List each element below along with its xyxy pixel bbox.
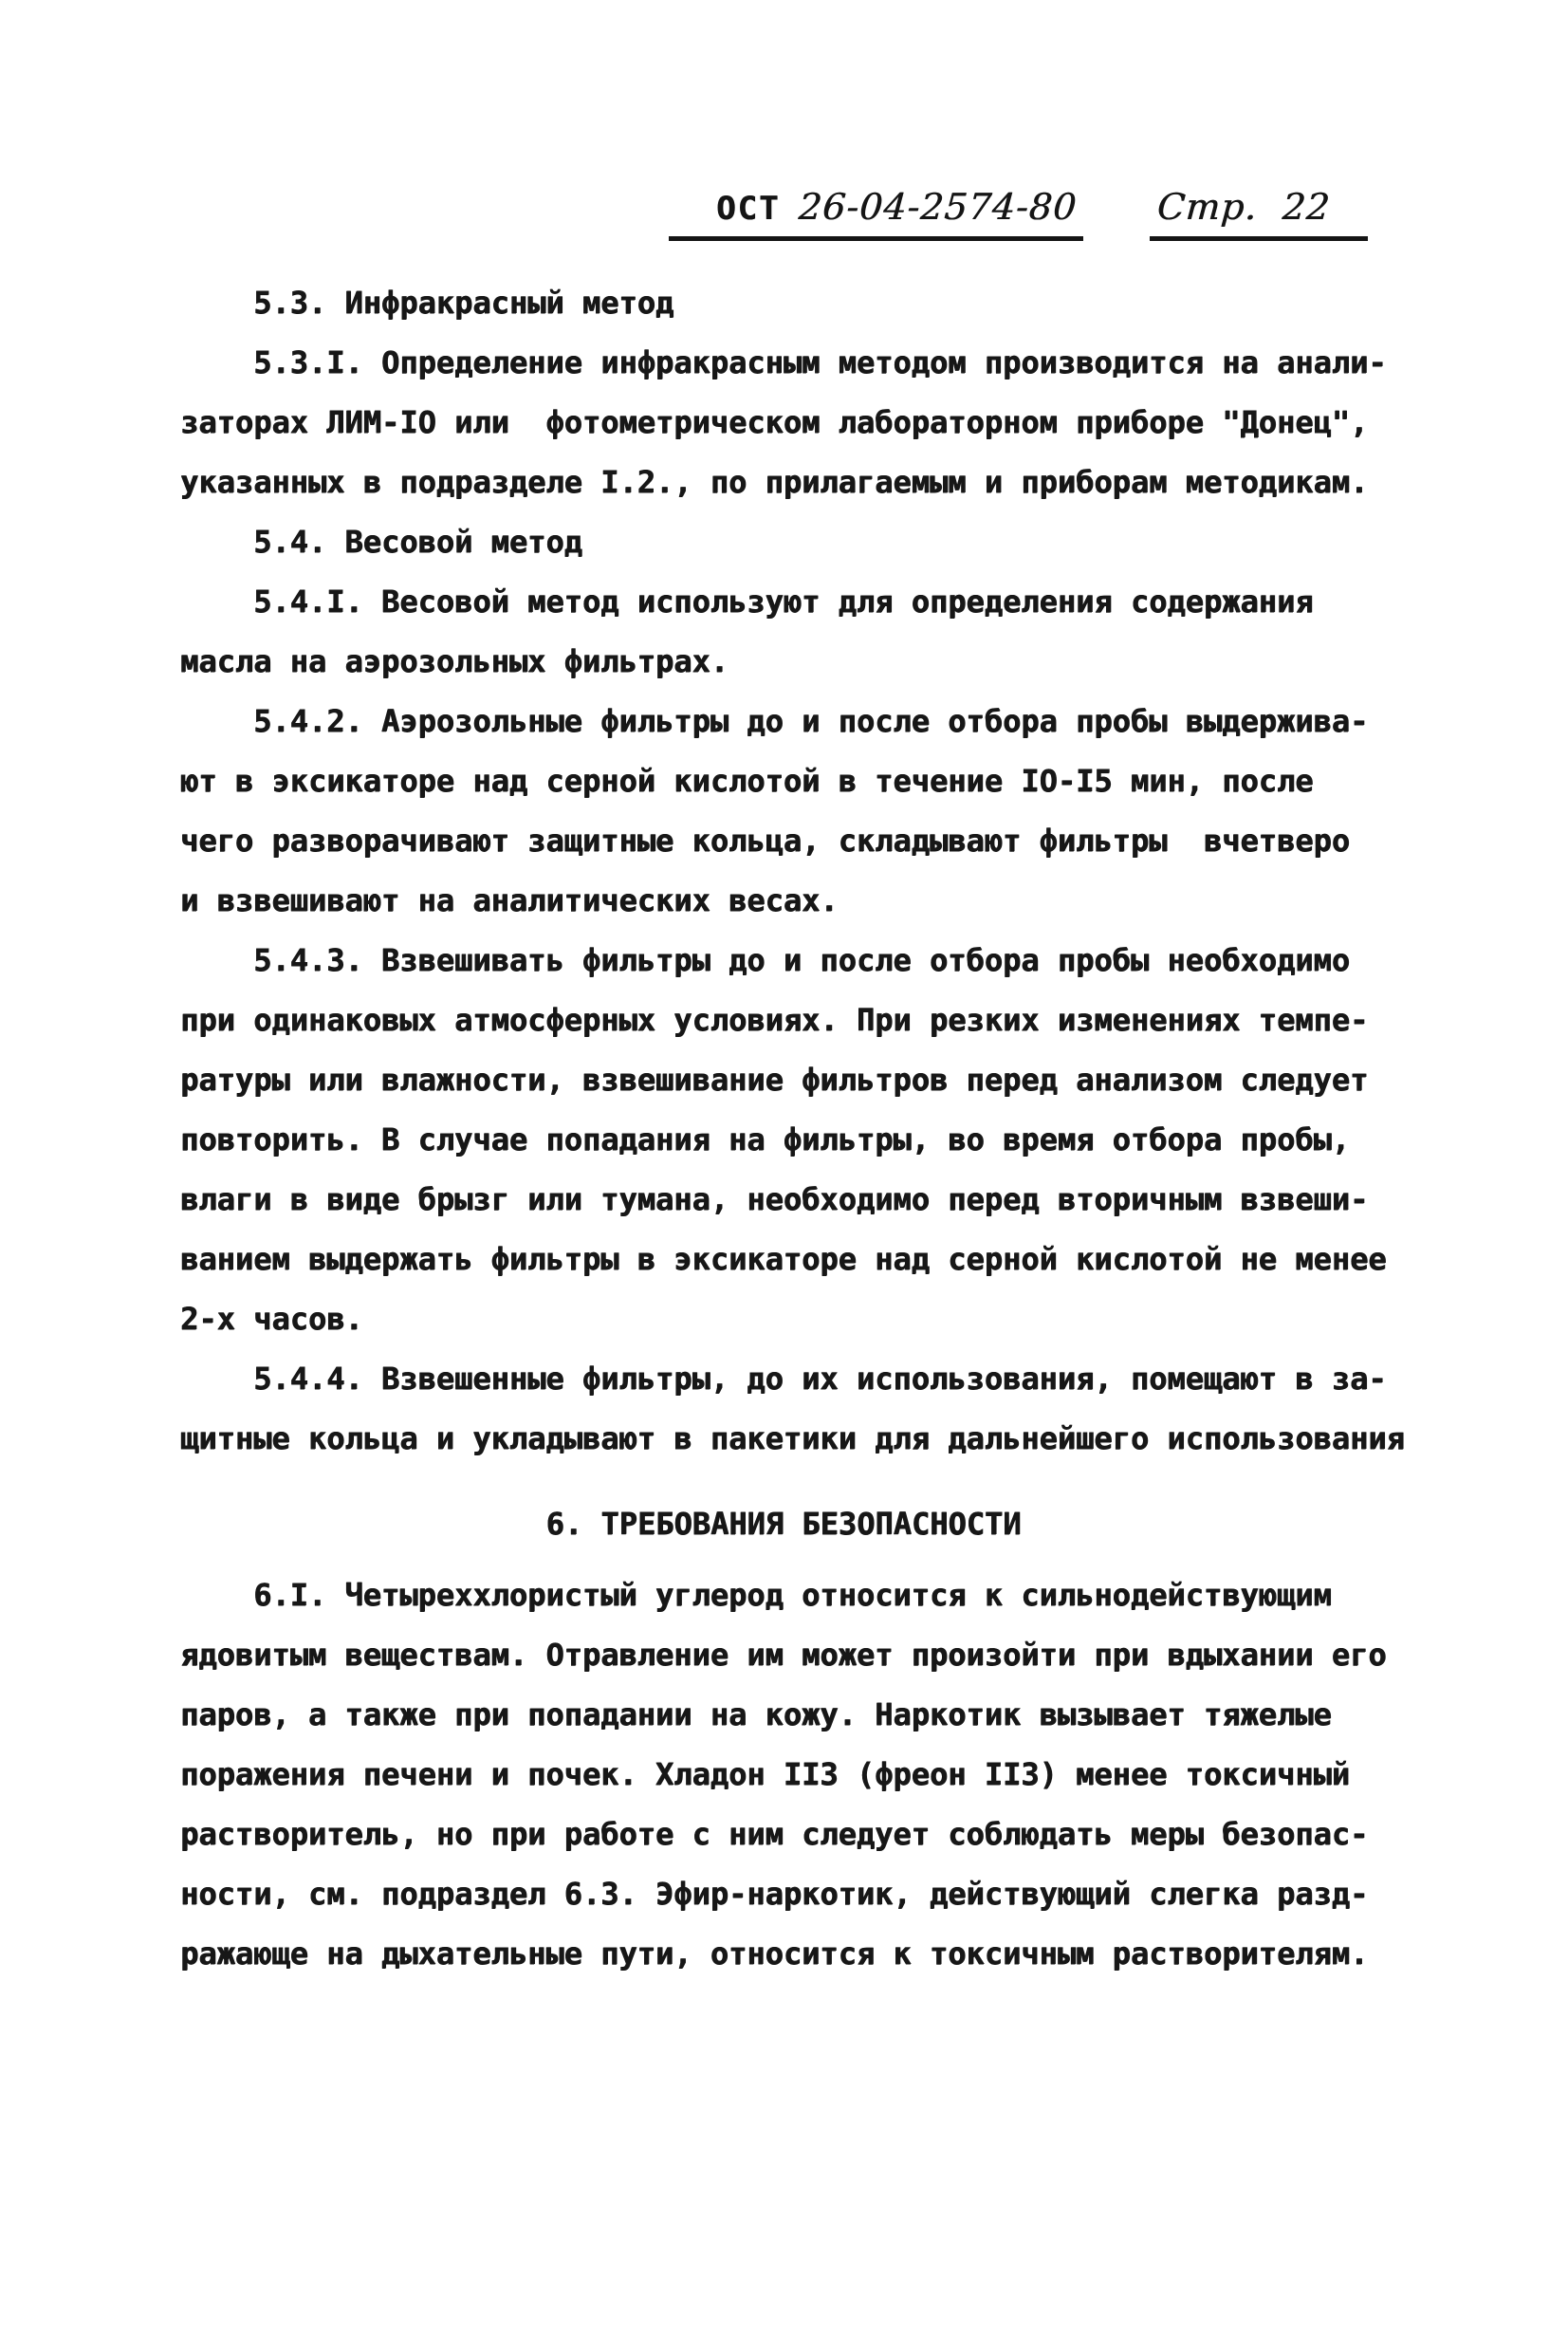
text-line: чего разворачивают защитные кольца, скла… [180, 811, 1387, 871]
text-line: 5.4.4. Взвешенные фильтры, до их использ… [180, 1349, 1387, 1409]
page-reference: Стр. 22 [1150, 186, 1368, 241]
text-line: заторах ЛИМ-IO или фотометрическом лабор… [180, 393, 1387, 453]
text-line: ности, см. подраздел 6.3. Эфир-наркотик,… [180, 1864, 1387, 1924]
text-line: 5.4.2. Аэрозольные фильтры до и после от… [180, 692, 1387, 751]
text-line: 5.4.I. Весовой метод используют для опре… [180, 572, 1387, 632]
text-line: ют в эксикаторе над серной кислотой в те… [180, 751, 1387, 811]
page-number-handwritten: 22 [1281, 186, 1331, 228]
text-line: ратуры или влажности, взвешивание фильтр… [180, 1050, 1387, 1110]
text-line: паров, а также при попадании на кожу. На… [180, 1685, 1387, 1745]
section-heading: 6. ТРЕБОВАНИЯ БЕЗОПАСНОСТИ [180, 1494, 1387, 1554]
text-line: ядовитым веществам. Отравление им может … [180, 1625, 1387, 1685]
text-line: растворитель, но при работе с ним следуе… [180, 1805, 1387, 1864]
text-line: 5.3.I. Определение инфракрасным методом … [180, 333, 1387, 393]
text-line: 5.4.3. Взвешивать фильтры до и после отб… [180, 931, 1387, 991]
text-line: при одинаковых атмосферных условиях. При… [180, 991, 1387, 1050]
text-line: влаги в виде брызг или тумана, необходим… [180, 1170, 1387, 1230]
standard-label: ОСТ [716, 190, 780, 228]
standard-number-handwritten: 26-04-2574-80 [798, 186, 1079, 228]
text-line: и взвешивают на аналитических весах. [180, 871, 1387, 931]
text-line: 5.4. Весовой метод [180, 512, 1387, 572]
text-line: ражающе на дыхательные пути, относится к… [180, 1924, 1387, 1984]
text-line: 5.3. Инфракрасный метод [180, 273, 1387, 333]
text-line: щитные кольца и укладывают в пакетики дл… [180, 1409, 1387, 1469]
document-body: 5.3. Инфракрасный метод 5.3.I. Определен… [180, 273, 1387, 1984]
text-line: 6.I. Четыреххлористый углерод относится … [180, 1565, 1387, 1625]
text-line: указанных в подразделе I.2., по прилагае… [180, 453, 1387, 512]
text-line: масла на аэрозольных фильтрах. [180, 632, 1387, 692]
page-label-handwritten: Стр. [1155, 186, 1259, 228]
text-line: поражения печени и почек. Хладон II3 (фр… [180, 1745, 1387, 1805]
scanned-document-page: ОСТ 26-04-2574-80 Стр. 22 5.3. Инфракрас… [0, 0, 1568, 2352]
standard-reference: ОСТ 26-04-2574-80 [669, 186, 1083, 241]
text-line: ванием выдержать фильтры в эксикаторе на… [180, 1230, 1387, 1289]
text-line: повторить. В случае попадания на фильтры… [180, 1110, 1387, 1170]
text-line: 2-х часов. [180, 1289, 1387, 1349]
